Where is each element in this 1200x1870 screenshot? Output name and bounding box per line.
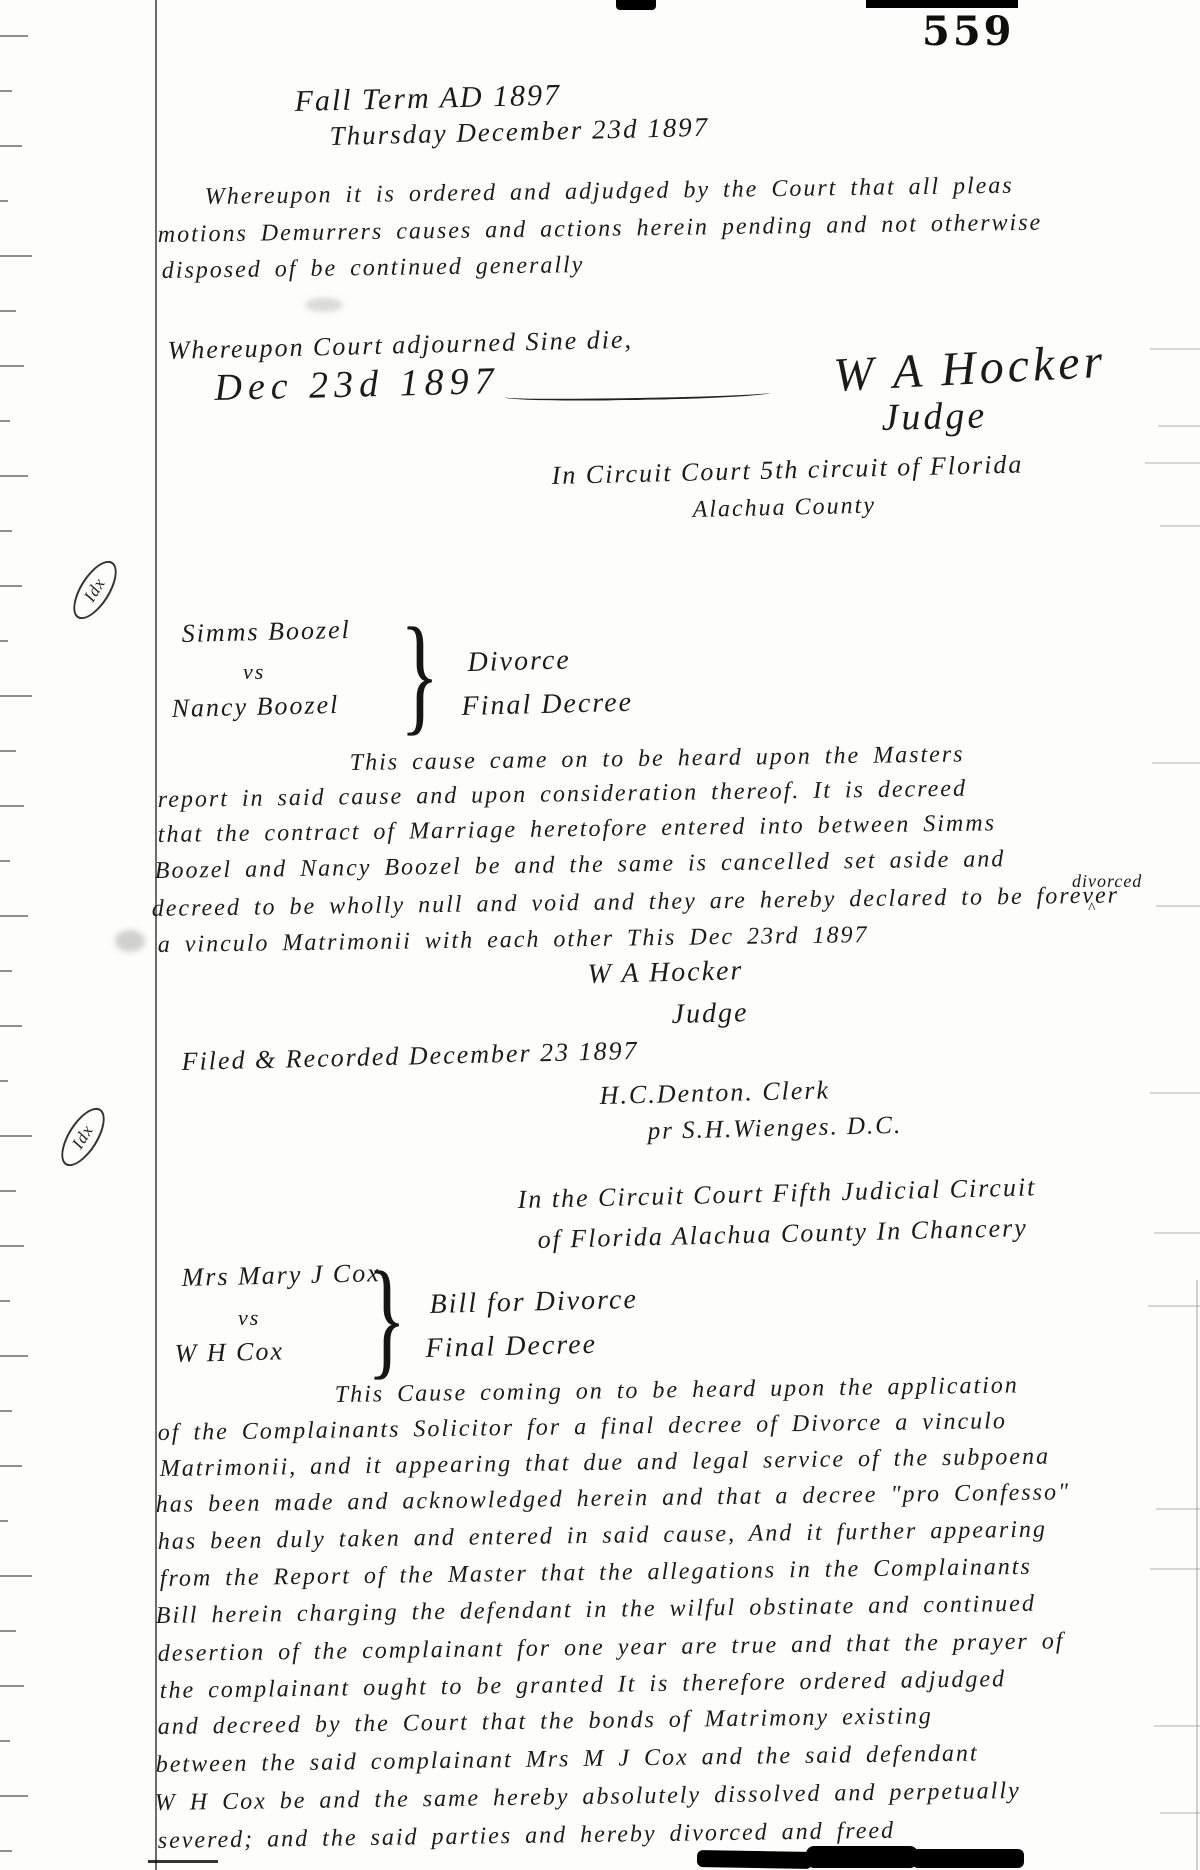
- ruled-line-dash: [0, 255, 32, 257]
- ruled-line-dash: [1145, 462, 1200, 464]
- decree-line: report in said cause and upon considerat…: [158, 776, 968, 814]
- ruled-line-dash: [0, 750, 16, 752]
- ruled-line-dash: [1154, 1725, 1200, 1727]
- decree-line: decreed to be wholly null and void and t…: [152, 882, 1120, 922]
- judge-title: Judge: [671, 998, 749, 1031]
- right-margin-rule: [1196, 1280, 1198, 1870]
- ruled-line-dash: [0, 530, 12, 532]
- adjournment-line: Whereupon Court adjourned Sine die,: [167, 326, 633, 366]
- court-heading-line: of Florida Alachua County In Chancery: [537, 1214, 1028, 1255]
- decree-line: and decreed by the Court that the bonds …: [158, 1703, 933, 1740]
- case-brace: }: [367, 1252, 406, 1384]
- ruled-line-dash: [0, 1575, 32, 1577]
- scan-artifact: [616, 0, 656, 10]
- vs-label: vs: [238, 1306, 260, 1330]
- court-heading-line: In Circuit Court 5th circuit of Florida: [551, 450, 1023, 490]
- ruled-line-dash: [0, 1135, 32, 1137]
- ruled-line-dash: [0, 1850, 12, 1852]
- ruled-line-dash: [0, 1520, 8, 1522]
- case-brace: }: [400, 608, 439, 740]
- ruled-line-dash: [0, 1410, 12, 1412]
- ruled-line-dash: [0, 585, 22, 587]
- order-paragraph-line: disposed of be continued generally: [162, 252, 585, 284]
- index-stamp-label: Idx: [68, 1121, 98, 1153]
- ruled-line-dash: [0, 475, 28, 477]
- ruled-line-dash: [1152, 762, 1200, 764]
- ruled-line-dash: [1160, 1812, 1200, 1814]
- ruled-line-dash: [0, 805, 24, 807]
- ruled-line-dash: [1156, 1508, 1200, 1510]
- ruled-line-dash: [0, 1740, 10, 1742]
- decree-line: from the Report of the Master that the a…: [160, 1554, 1032, 1593]
- term-header-line: Fall Term AD 1897: [294, 78, 561, 118]
- ruled-line-dash: [0, 35, 28, 37]
- ruled-line-dash: [1154, 1232, 1200, 1234]
- ruled-line-dash: [0, 1080, 8, 1082]
- decree-line: severed; and the said parties and hereby…: [158, 1818, 896, 1855]
- index-stamp: Idx: [65, 554, 125, 626]
- ruled-line-dash: [0, 915, 28, 917]
- scan-artifact: [697, 1850, 812, 1869]
- decree-line: Matrimonii, and it appearing that due an…: [160, 1444, 1051, 1483]
- decree-line: Bill herein charging the defendant in th…: [156, 1591, 1036, 1630]
- decree-line: a vinculo Matrimonii with each other Thi…: [158, 922, 869, 958]
- page-number: 559: [922, 8, 1015, 55]
- ruled-line-dash: [0, 1300, 10, 1302]
- decree-line: the complainant ought to be granted It i…: [160, 1666, 1007, 1704]
- case-action-line: Final Decree: [425, 1330, 597, 1365]
- adjournment-date: Dec 23d 1897: [214, 361, 500, 410]
- index-stamp: Idx: [53, 1101, 113, 1173]
- scan-artifact: [912, 1849, 1024, 1868]
- ruled-line-dash: [1148, 1305, 1200, 1307]
- ruled-line-dash: [1158, 425, 1200, 427]
- ruled-line-dash: [0, 1190, 16, 1192]
- judge-title: Judge: [881, 395, 988, 439]
- court-heading-line: In the Circuit Court Fifth Judicial Circ…: [517, 1173, 1036, 1214]
- ruled-line-dash: [1156, 905, 1200, 907]
- ruled-line-dash: [0, 1245, 24, 1247]
- ruled-line-dash: [0, 145, 22, 147]
- ruled-line-dash: [1150, 348, 1200, 350]
- ruled-line-dash: [0, 1465, 22, 1467]
- ruled-line-dash: [0, 1630, 16, 1632]
- ruled-line-dash: [0, 365, 24, 367]
- ruled-line-dash: [1150, 1568, 1200, 1570]
- term-header-date: Thursday December 23d 1897: [329, 113, 709, 152]
- decree-line: between the said complainant Mrs M J Cox…: [156, 1741, 979, 1779]
- court-heading-line: Alachua County: [692, 493, 876, 524]
- ruled-line-dash: [1150, 1092, 1200, 1094]
- ruled-line-dash: [0, 695, 32, 697]
- scan-artifact: [866, 0, 1018, 8]
- ruled-line-dash: [0, 970, 12, 972]
- vs-label: vs: [243, 660, 265, 684]
- ruled-line-dash: [0, 1355, 28, 1357]
- defendant-name: W H Cox: [174, 1337, 284, 1368]
- judge-signature: W A Hocker: [832, 336, 1107, 403]
- decree-line: This Cause coming on to be heard upon th…: [335, 1372, 1019, 1408]
- decree-line: desertion of the complainant for one yea…: [158, 1628, 1065, 1667]
- ruled-line-dash: [0, 860, 10, 862]
- ruled-line-dash: [0, 1025, 22, 1027]
- filing-line: Filed & Recorded December 23 1897: [181, 1037, 639, 1077]
- pen-flourish: [505, 388, 770, 403]
- index-stamp-label: Idx: [80, 574, 110, 606]
- ruled-line-dash: [0, 420, 10, 422]
- plaintiff-name: Mrs Mary J Cox: [181, 1259, 381, 1292]
- ruled-line-dash: [0, 90, 12, 92]
- scan-smudge: [305, 298, 343, 312]
- ruled-line-dash: [0, 1795, 28, 1797]
- ruled-line-dash: [1160, 525, 1200, 527]
- ruled-line-dash: [0, 200, 8, 202]
- decree-line: Boozel and Nancy Boozel be and the same …: [155, 846, 1006, 884]
- decree-line: This cause came on to be heard upon the …: [350, 741, 965, 776]
- ledger-page: 559 Idx Idx Fall Term AD 1897 Thursday D…: [0, 0, 1200, 1870]
- ruled-line-dash: [0, 310, 16, 312]
- scan-smudge: [115, 930, 145, 952]
- case-type-line: Divorce: [467, 645, 571, 678]
- clerk-signature: H.C.Denton. Clerk: [599, 1076, 830, 1110]
- scan-artifact: [806, 1846, 918, 1868]
- decree-line: W H Cox be and the same hereby absolutel…: [155, 1778, 1021, 1816]
- judge-signature: W A Hocker: [587, 956, 744, 991]
- order-paragraph-line: motions Demurrers causes and actions her…: [158, 210, 1043, 249]
- ruled-line-dash: [0, 640, 8, 642]
- case-action-line: Final Decree: [461, 688, 633, 723]
- case-type-line: Bill for Divorce: [429, 1285, 638, 1321]
- scan-artifact: [148, 1860, 218, 1863]
- deputy-clerk-signature: pr S.H.Wienges. D.C.: [647, 1112, 902, 1146]
- plaintiff-name: Simms Boozel: [181, 616, 351, 649]
- ruled-line-dash: [0, 1685, 24, 1687]
- decree-line: has been duly taken and entered in said …: [158, 1517, 1048, 1556]
- order-paragraph-line: Whereupon it is ordered and adjudged by …: [205, 173, 1014, 211]
- defendant-name: Nancy Boozel: [171, 691, 339, 724]
- decree-line: that the contract of Marriage heretofore…: [158, 810, 996, 848]
- decree-line: has been made and acknowledged herein an…: [156, 1479, 1071, 1518]
- decree-line: of the Complainants Solicitor for a fina…: [158, 1408, 1007, 1446]
